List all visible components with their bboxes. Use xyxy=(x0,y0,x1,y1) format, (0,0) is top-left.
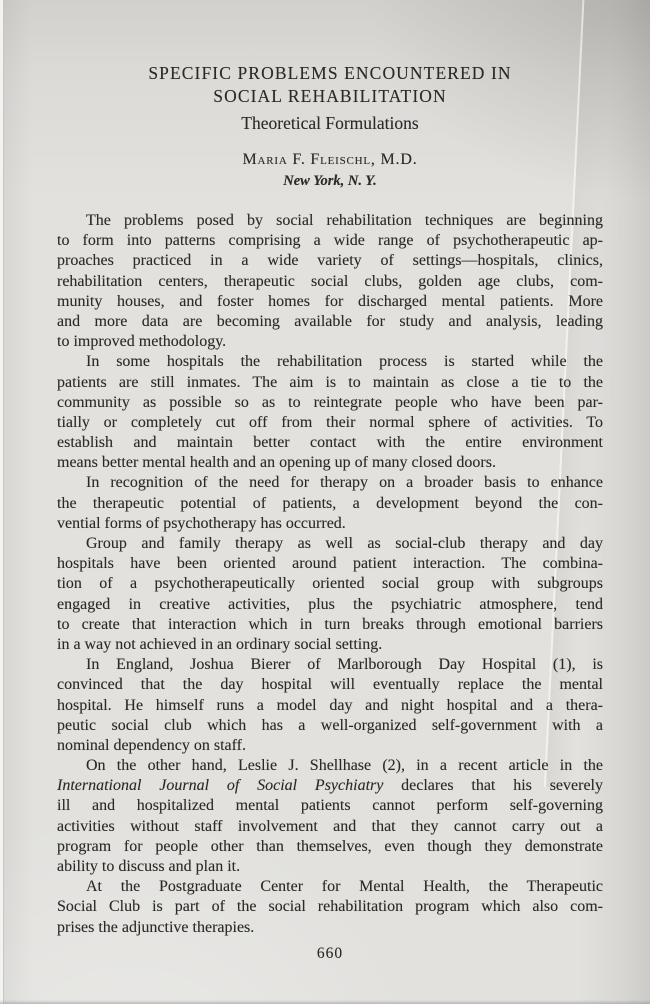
text-segment: in a way not achieved in an ordinary soc… xyxy=(57,636,382,653)
text-segment: vential forms of psychotherapy has occur… xyxy=(57,515,346,532)
paragraph: At the Postgraduate Center for Mental He… xyxy=(57,877,603,938)
text-line: tion of a psychotherapeutically oriented… xyxy=(57,574,603,594)
text-line: prises the adjunctive therapies. xyxy=(57,918,603,938)
text-line: In some hospitals the rehabilitation pro… xyxy=(57,352,603,372)
text-line: peutic social club which has a well-orga… xyxy=(57,716,603,736)
page-number: 660 xyxy=(57,944,603,964)
text-segment: to create that interaction which in turn… xyxy=(57,616,603,633)
text-line: convinced that the day hospital will eve… xyxy=(57,675,603,695)
text-line: to create that interaction which in turn… xyxy=(57,615,603,635)
text-segment: tion of a psychotherapeutically oriented… xyxy=(57,575,603,592)
scan-bottom-edge xyxy=(0,1000,650,1004)
text-line: activities without staff involvement and… xyxy=(57,817,603,837)
text-segment: munity houses, and foster homes for disc… xyxy=(57,293,603,310)
text-segment: convinced that the day hospital will eve… xyxy=(57,676,603,693)
text-line: International Journal of Social Psychiat… xyxy=(57,776,603,796)
text-segment: and more data are becoming available for… xyxy=(57,313,603,330)
text-segment: In some hospitals the rehabilitation pro… xyxy=(86,353,603,370)
text-segment: The problems posed by social rehabilitat… xyxy=(86,212,603,229)
scanned-journal-page: SPECIFIC PROBLEMS ENCOUNTERED IN SOCIAL … xyxy=(0,0,650,1004)
text-line: Group and family therapy as well as soci… xyxy=(57,534,603,554)
italic-text-segment: International Journal of Social Psychiat… xyxy=(57,777,383,794)
text-line: ill and hospitalized mental patients can… xyxy=(57,796,603,816)
text-segment: In England, Joshua Bierer of Marlborough… xyxy=(86,656,603,673)
text-line: Social Club is part of the social rehabi… xyxy=(57,897,603,917)
text-line: tially or completely cut off from their … xyxy=(57,413,603,433)
text-line: patients are still inmates. The aim is t… xyxy=(57,373,603,393)
text-segment: the therapeutic potential of patients, a… xyxy=(57,495,603,512)
text-line: In England, Joshua Bierer of Marlborough… xyxy=(57,655,603,675)
text-line: hospital. He himself runs a model day an… xyxy=(57,696,603,716)
text-segment: ability to discuss and plan it. xyxy=(57,858,240,875)
article-title-line1: SPECIFIC PROBLEMS ENCOUNTERED IN xyxy=(57,62,603,85)
text-segment: Group and family therapy as well as soci… xyxy=(86,535,603,552)
paragraph: The problems posed by social rehabilitat… xyxy=(57,211,603,352)
text-line: establish and maintain better contact wi… xyxy=(57,433,603,453)
text-segment: engaged in creative activities, plus the… xyxy=(57,596,603,613)
text-segment: activities without staff involvement and… xyxy=(57,818,603,835)
paragraph: In some hospitals the rehabilitation pro… xyxy=(57,352,603,473)
text-line: rehabilitation centers, therapeutic soci… xyxy=(57,272,603,292)
text-line: munity houses, and foster homes for disc… xyxy=(57,292,603,312)
text-segment: to improved methodology. xyxy=(57,333,226,350)
scan-left-edge xyxy=(0,0,4,1004)
text-segment: At the Postgraduate Center for Mental He… xyxy=(86,878,603,895)
text-line: In recognition of the need for therapy o… xyxy=(57,473,603,493)
text-line: community as possible so as to reintegra… xyxy=(57,393,603,413)
article-body: The problems posed by social rehabilitat… xyxy=(57,211,603,938)
article-content: SPECIFIC PROBLEMS ENCOUNTERED IN SOCIAL … xyxy=(57,62,603,964)
text-segment: Social Club is part of the social rehabi… xyxy=(57,898,603,915)
text-segment: hospital. He himself runs a model day an… xyxy=(57,697,603,714)
text-line: vential forms of psychotherapy has occur… xyxy=(57,514,603,534)
text-segment: hospitals have been oriented around pati… xyxy=(57,555,603,572)
paragraph: In recognition of the need for therapy o… xyxy=(57,473,603,534)
text-segment: ill and hospitalized mental patients can… xyxy=(57,797,603,814)
text-line: At the Postgraduate Center for Mental He… xyxy=(57,877,603,897)
article-subtitle: Theoretical Formulations xyxy=(57,112,603,135)
text-line: means better mental health and an openin… xyxy=(57,453,603,473)
paragraph: On the other hand, Leslie J. Shellhase (… xyxy=(57,756,603,877)
text-segment: proaches practiced in a wide variety of … xyxy=(57,252,603,269)
text-line: The problems posed by social rehabilitat… xyxy=(57,211,603,231)
paragraph: Group and family therapy as well as soci… xyxy=(57,534,603,655)
text-segment: establish and maintain better contact wi… xyxy=(57,434,603,451)
text-line: the therapeutic potential of patients, a… xyxy=(57,494,603,514)
text-segment: peutic social club which has a well-orga… xyxy=(57,717,603,734)
article-title: SPECIFIC PROBLEMS ENCOUNTERED IN SOCIAL … xyxy=(57,62,603,108)
article-title-line2: SOCIAL REHABILITATION xyxy=(57,85,603,108)
text-line: nominal dependency on staff. xyxy=(57,736,603,756)
text-segment: rehabilitation centers, therapeutic soci… xyxy=(57,273,603,290)
text-line: and more data are becoming available for… xyxy=(57,312,603,332)
text-line: ability to discuss and plan it. xyxy=(57,857,603,877)
text-segment: On the other hand, Leslie J. Shellhase (… xyxy=(86,757,603,774)
text-segment: tially or completely cut off from their … xyxy=(57,414,603,431)
text-segment: prises the adjunctive therapies. xyxy=(57,919,254,936)
text-line: engaged in creative activities, plus the… xyxy=(57,595,603,615)
author-location: New York, N. Y. xyxy=(57,172,603,190)
text-line: program for people other than themselves… xyxy=(57,837,603,857)
text-segment: community as possible so as to reintegra… xyxy=(57,394,603,411)
text-line: On the other hand, Leslie J. Shellhase (… xyxy=(57,756,603,776)
paragraph: In England, Joshua Bierer of Marlborough… xyxy=(57,655,603,756)
text-line: in a way not achieved in an ordinary soc… xyxy=(57,635,603,655)
text-segment: In recognition of the need for therapy o… xyxy=(86,474,603,491)
text-segment: nominal dependency on staff. xyxy=(57,737,246,754)
text-segment: declares that his severely xyxy=(383,777,603,794)
text-segment: patients are still inmates. The aim is t… xyxy=(57,374,603,391)
text-segment: to form into patterns comprising a wide … xyxy=(57,232,603,249)
author-byline: Maria F. Fleischl, M.D. xyxy=(57,150,603,170)
text-line: to improved methodology. xyxy=(57,332,603,352)
text-line: hospitals have been oriented around pati… xyxy=(57,554,603,574)
text-line: proaches practiced in a wide variety of … xyxy=(57,251,603,271)
text-segment: means better mental health and an openin… xyxy=(57,454,496,471)
text-segment: program for people other than themselves… xyxy=(57,838,603,855)
text-line: to form into patterns comprising a wide … xyxy=(57,231,603,251)
